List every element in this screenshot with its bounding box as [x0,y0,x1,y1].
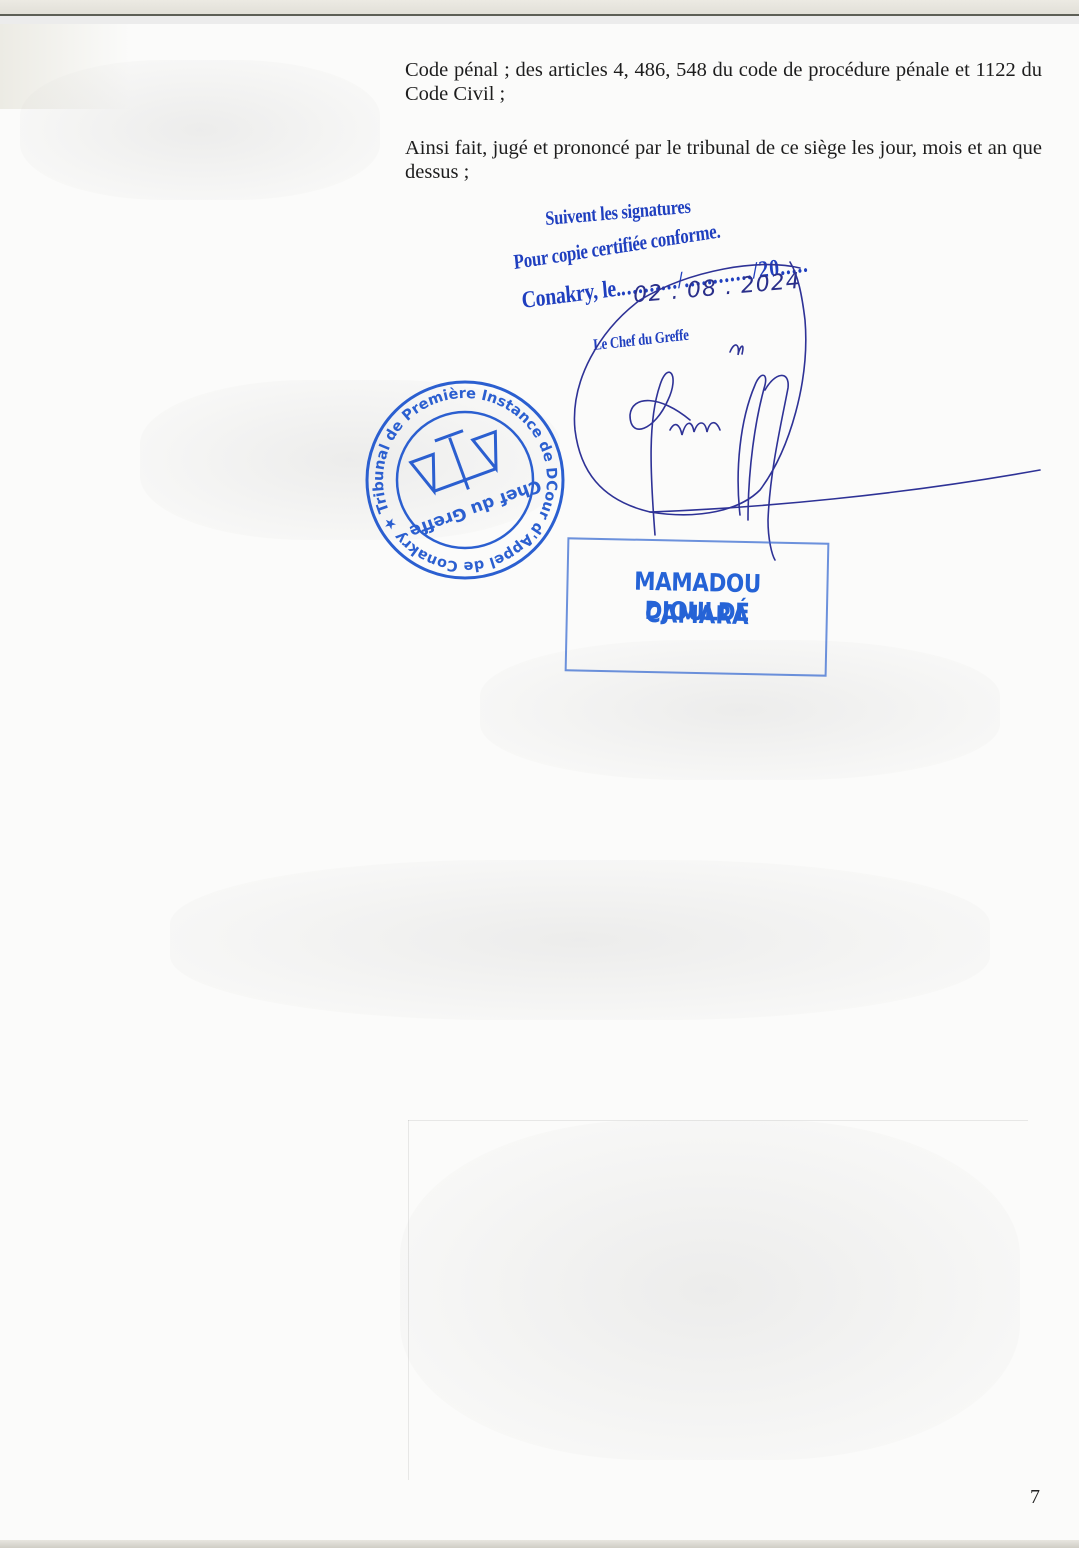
page-number: 7 [1030,1486,1040,1509]
stamp-chief-clerk-line: Le Chef du Greffe [593,327,689,355]
name-stamp-line2: CAMARA [586,598,808,632]
scan-bottom-edge [0,1540,1079,1548]
stamp-place-prefix: Conakry, le. [521,275,622,314]
scan-top-edge [0,0,1079,16]
scan-gap [0,16,1079,24]
name-stamp: MAMADOU DJOULDÉ CAMARA [565,537,830,676]
paragraph-legal-articles: Code pénal ; des articles 4, 486, 548 du… [405,58,1042,106]
paragraph-judgment-closing: Ainsi fait, jugé et prononcé par le trib… [405,136,1042,184]
court-round-seal: Cour d'Appel de Conakry ★ Tribunal de Pr… [360,375,570,585]
